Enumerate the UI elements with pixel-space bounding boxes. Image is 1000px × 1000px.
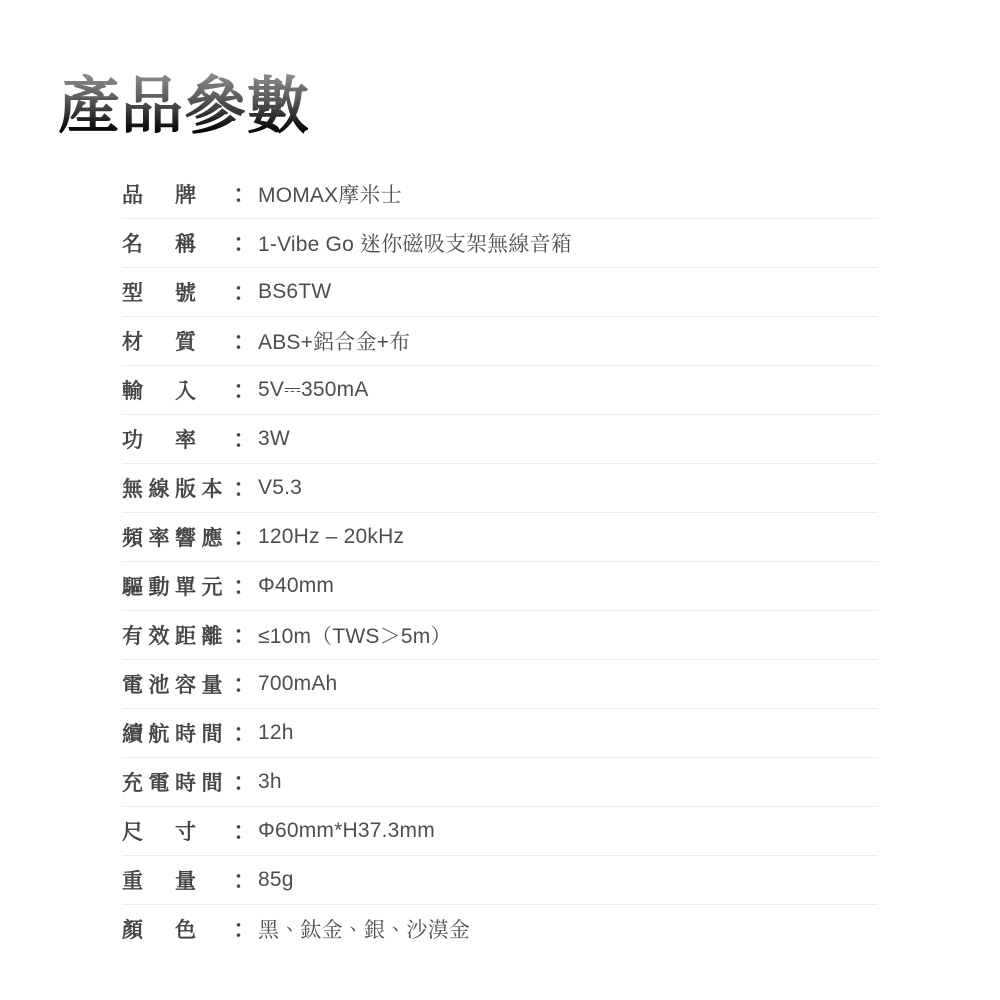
spec-value: 700mAh <box>258 672 337 696</box>
spec-value: ABS+鋁合金+布 <box>258 326 410 356</box>
spec-row-effective-range: 有效距離： ≤10m（TWS＞5m） <box>122 611 878 660</box>
spec-label: 材質： <box>122 326 249 356</box>
spec-label: 顏色： <box>122 914 249 944</box>
spec-value: 3h <box>258 770 282 794</box>
spec-value: 1-Vibe Go 迷你磁吸支架無線音箱 <box>258 228 572 258</box>
spec-row-brand: 品牌： MOMAX摩米士 <box>122 170 878 219</box>
spec-value: 85g <box>258 868 294 892</box>
spec-value: Φ40mm <box>258 574 334 598</box>
spec-row-weight: 重量： 85g <box>122 856 878 905</box>
spec-table: 品牌： MOMAX摩米士 名稱： 1-Vibe Go 迷你磁吸支架無線音箱 型號… <box>122 170 878 953</box>
spec-value: 120Hz – 20kHz <box>258 525 404 549</box>
spec-label: 有效距離： <box>122 620 249 650</box>
spec-row-battery-capacity: 電池容量： 700mAh <box>122 660 878 709</box>
spec-row-power: 功率： 3W <box>122 415 878 464</box>
spec-row-charging-time: 充電時間： 3h <box>122 758 878 807</box>
spec-value: 12h <box>258 721 294 745</box>
spec-label: 尺寸： <box>122 816 249 846</box>
spec-row-material: 材質： ABS+鋁合金+布 <box>122 317 878 366</box>
spec-value: ≤10m（TWS＞5m） <box>258 620 452 650</box>
spec-row-frequency-response: 頻率響應： 120Hz – 20kHz <box>122 513 878 562</box>
spec-row-name: 名稱： 1-Vibe Go 迷你磁吸支架無線音箱 <box>122 219 878 268</box>
spec-label: 續航時間： <box>122 718 249 748</box>
spec-row-colors: 顏色： 黑、鈦金、銀、沙漠金 <box>122 905 878 953</box>
spec-row-dimensions: 尺寸： Φ60mm*H37.3mm <box>122 807 878 856</box>
spec-label: 重量： <box>122 865 249 895</box>
spec-label: 充電時間： <box>122 767 249 797</box>
spec-value: 5V⎓350mA <box>258 378 369 402</box>
spec-label: 品牌： <box>122 179 249 209</box>
spec-value: 黑、鈦金、銀、沙漠金 <box>258 914 470 944</box>
spec-row-input: 輸入： 5V⎓350mA <box>122 366 878 415</box>
spec-label: 頻率響應： <box>122 522 249 552</box>
spec-label: 名稱： <box>122 228 249 258</box>
spec-label: 功率： <box>122 424 249 454</box>
spec-row-model: 型號： BS6TW <box>122 268 878 317</box>
spec-value: V5.3 <box>258 476 302 500</box>
spec-value: BS6TW <box>258 280 331 304</box>
spec-value: MOMAX摩米士 <box>258 179 402 209</box>
page-title: 產品參數 <box>58 68 310 146</box>
spec-value: 3W <box>258 427 290 451</box>
spec-label: 電池容量： <box>122 669 249 699</box>
spec-row-playtime: 續航時間： 12h <box>122 709 878 758</box>
spec-label: 無線版本： <box>122 473 249 503</box>
spec-label: 輸入： <box>122 375 249 405</box>
spec-value: Φ60mm*H37.3mm <box>258 819 435 843</box>
spec-row-driver-unit: 驅動單元： Φ40mm <box>122 562 878 611</box>
spec-label: 驅動單元： <box>122 571 249 601</box>
spec-row-wireless-version: 無線版本： V5.3 <box>122 464 878 513</box>
spec-label: 型號： <box>122 277 249 307</box>
